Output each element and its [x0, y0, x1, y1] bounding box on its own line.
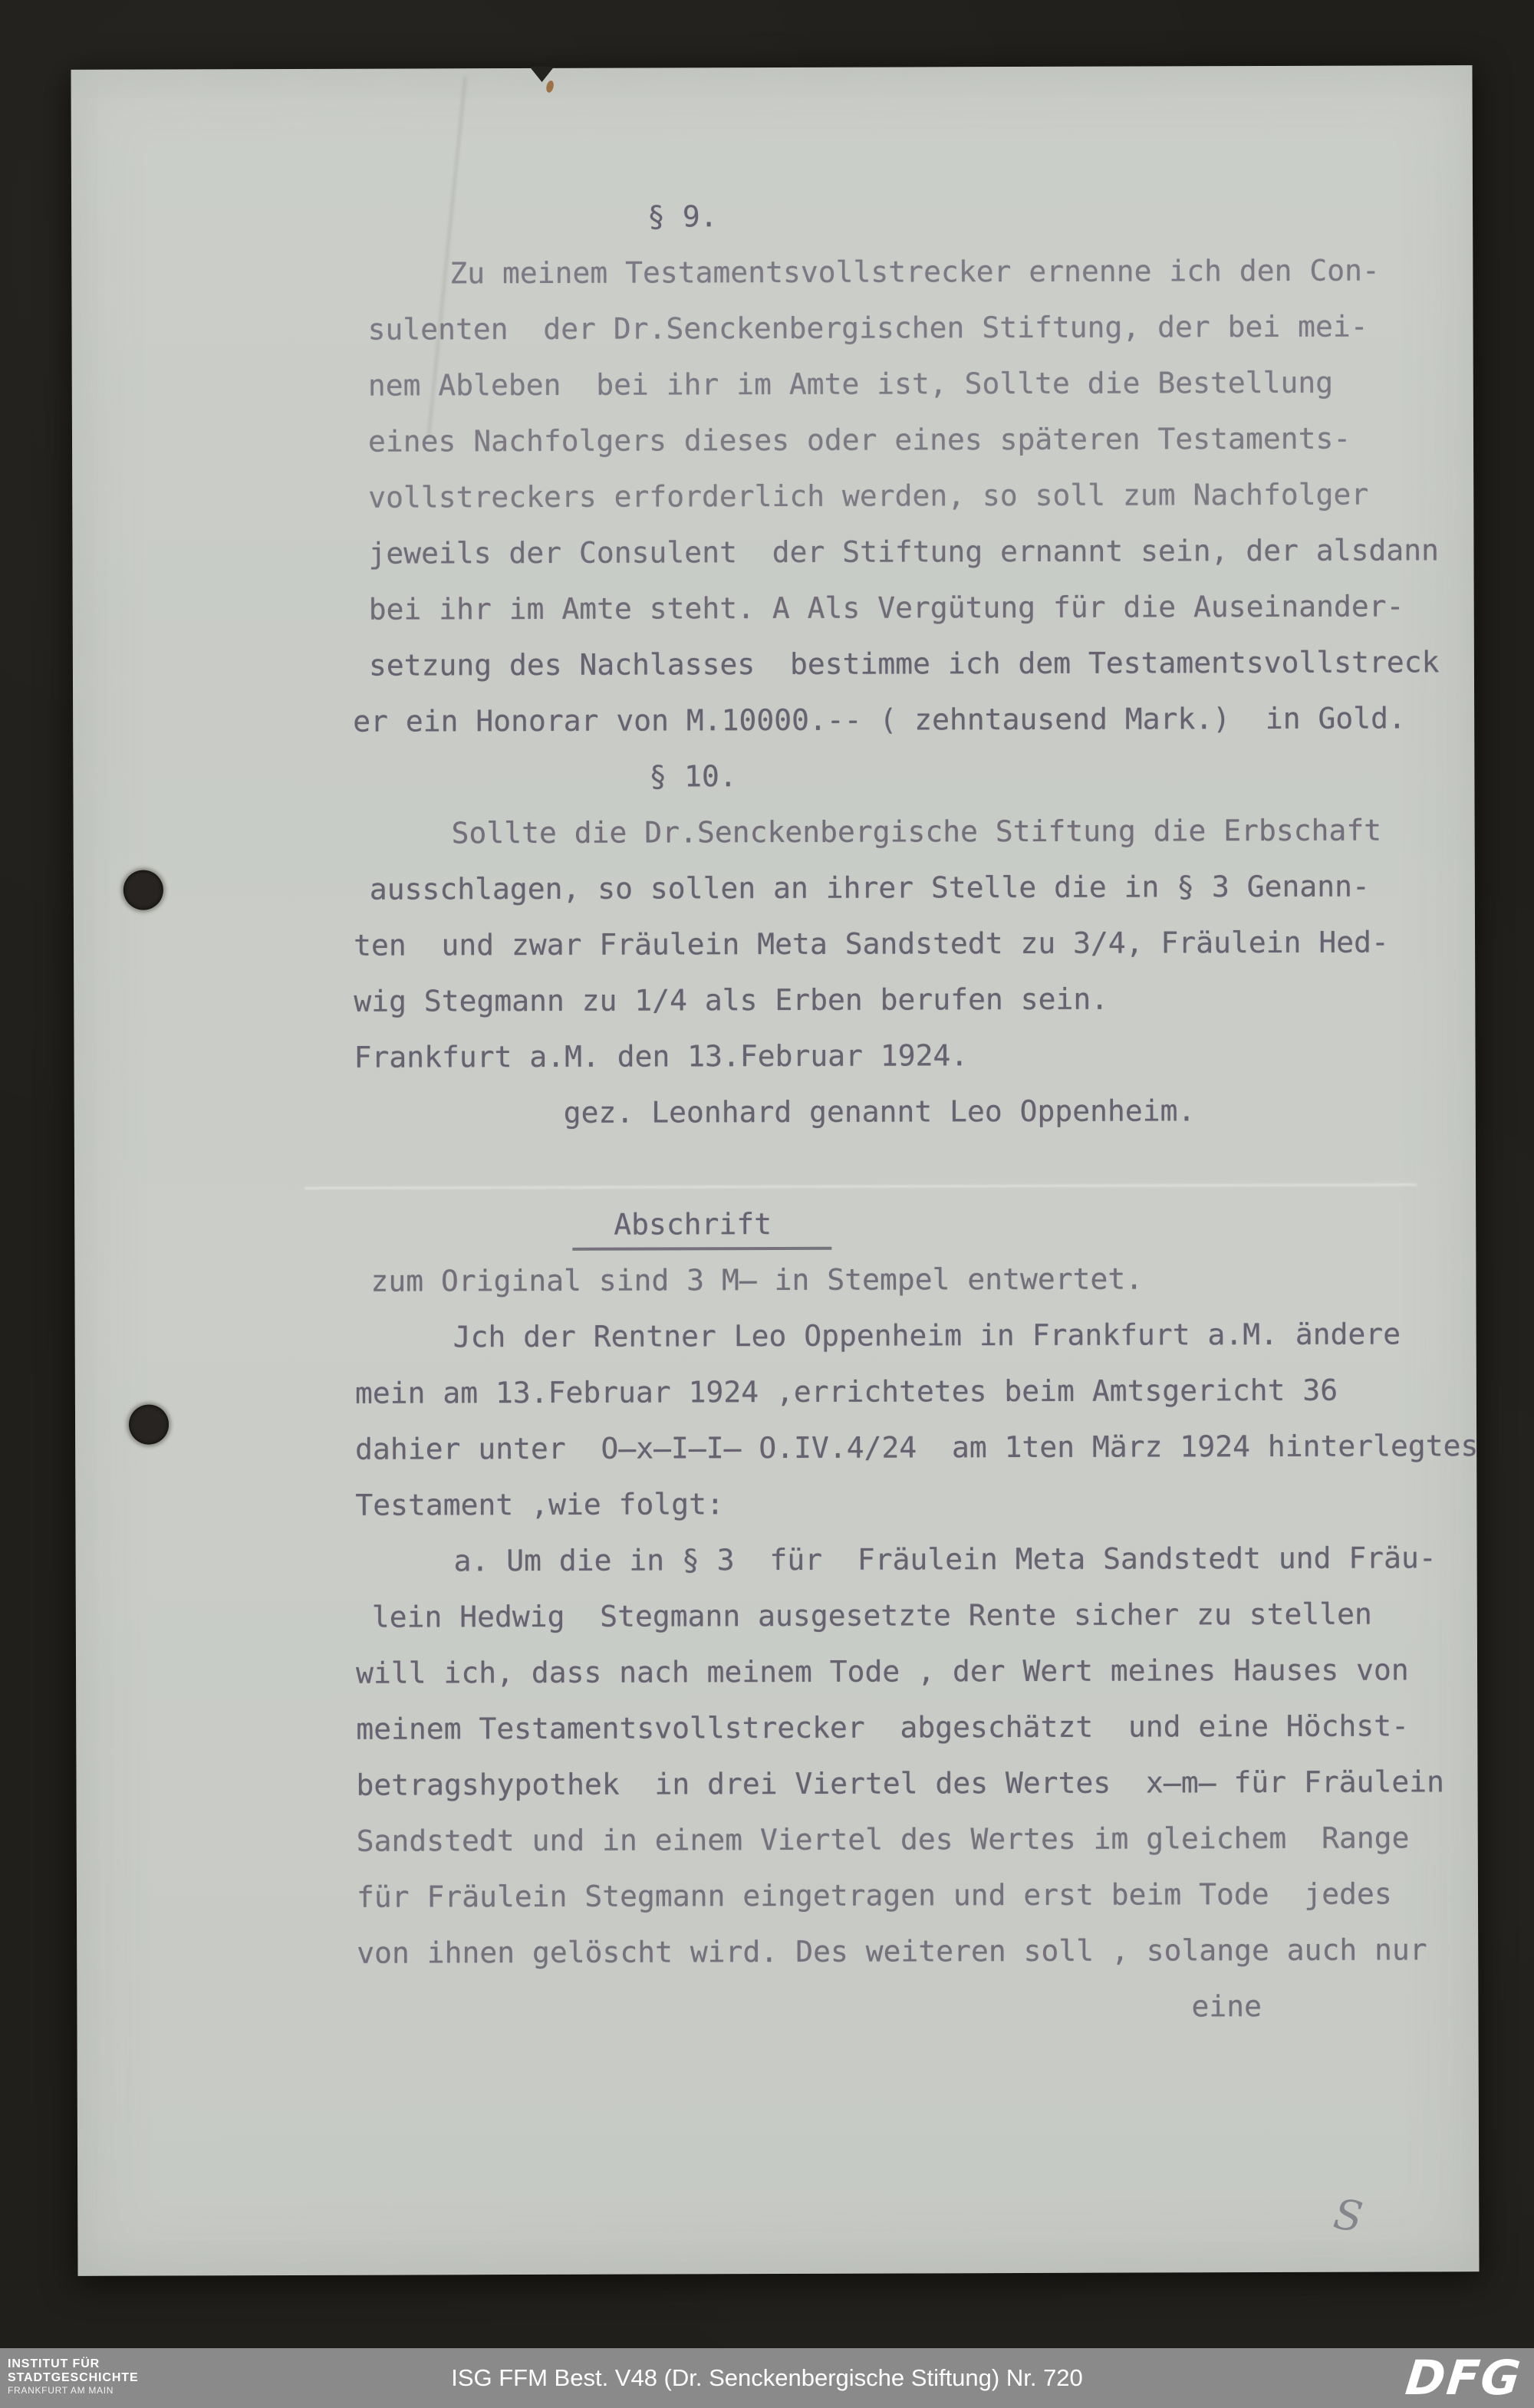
document-line: nem Ableben bei ihr im Amte ist, Sollte … [368, 364, 1333, 404]
document-line-text: Frankfurt a.M. den 13.Februar 1924. [354, 1038, 968, 1074]
document-line-text: mein am 13.Februar 1924 ,errichtetes bei… [355, 1373, 1338, 1410]
document-line: wig Stegmann zu 1/4 als Erben berufen se… [354, 981, 1108, 1020]
document-line: dahier unter O̶x̶I̶I̶ O.IV.4/24 am 1ten … [355, 1427, 1478, 1468]
document-line: ten und zwar Fräulein Meta Sandstedt zu … [354, 923, 1389, 963]
document-line: sulenten der Dr.Senckenbergischen Stiftu… [367, 308, 1368, 348]
document-line-text: Sandstedt und in einem Viertel des Werte… [357, 1821, 1410, 1857]
scan-background: { "colors": { "background": "#211f1b", "… [0, 0, 1534, 2408]
document-line-text: ausschlagen, so sollen an ihrer Stelle d… [370, 870, 1370, 906]
document-page: § 9.Zu meinem Testamentsvollstrecker ern… [71, 65, 1479, 2276]
document-line-text: ten und zwar Fräulein Meta Sandstedt zu … [354, 925, 1389, 962]
document-line: zum Original sind 3 M̶ in Stempel entwer… [370, 1260, 1143, 1299]
text-block: § 9.Zu meinem Testamentsvollstrecker ern… [71, 196, 1479, 2117]
document-line-text: bei ihr im Amte steht. A Als Vergütung f… [369, 589, 1404, 626]
document-line-text: a. Um die in § 3 für Fräulein Meta Sands… [454, 1541, 1437, 1577]
document-line: jeweils der Consulent der Stiftung ernan… [368, 531, 1439, 571]
institute-name-line2: STADTGESCHICHTE [8, 2371, 139, 2385]
document-line: bei ihr im Amte steht. A Als Vergütung f… [369, 587, 1404, 627]
document-line: § 10. [649, 758, 737, 794]
document-line: eines Nachfolgers dieses oder eines spät… [368, 420, 1351, 460]
document-line-text: will ich, dass nach meinem Tode , der We… [356, 1653, 1409, 1689]
institute-logo: INSTITUT FÜR STADTGESCHICHTE FRANKFURT A… [8, 2357, 139, 2396]
document-line: lein Hedwig Stegmann ausgesetzte Rente s… [372, 1596, 1372, 1636]
document-line: Testament ,wie folgt: [355, 1485, 724, 1524]
institute-name-line3: FRANKFURT AM MAIN [8, 2385, 139, 2396]
document-line: Zu meinem Testamentsvollstrecker ernenne… [449, 252, 1380, 292]
document-line-text: § 9. [647, 199, 718, 233]
document-line-text: wig Stegmann zu 1/4 als Erben berufen se… [354, 982, 1108, 1018]
document-line-text: Jch der Rentner Leo Oppenheim in Frankfu… [453, 1317, 1401, 1354]
archive-footer-bar: INSTITUT FÜR STADTGESCHICHTE FRANKFURT A… [0, 2348, 1534, 2408]
document-line-text: meinem Testamentsvollstrecker abgeschätz… [356, 1709, 1409, 1745]
document-line-text: § 10. [649, 759, 737, 793]
archive-reference: ISG FFM Best. V48 (Dr. Senckenbergische … [451, 2364, 1083, 2392]
document-line-text: Sollte die Dr.Senckenbergische Stiftung … [452, 814, 1382, 850]
document-line: a. Um die in § 3 für Fräulein Meta Sands… [454, 1539, 1437, 1579]
document-line-text: Testament ,wie folgt: [355, 1487, 724, 1522]
document-line-text: dahier unter O̶x̶I̶I̶ O.IV.4/24 am 1ten … [355, 1429, 1478, 1466]
document-line-text: von ihnen gelöscht wird. Des weiteren so… [357, 1933, 1427, 1969]
document-line-text: nem Ableben bei ihr im Amte ist, Sollte … [368, 366, 1333, 403]
document-line-text: eines Nachfolgers dieses oder eines spät… [368, 422, 1351, 459]
document-line: Sollte die Dr.Senckenbergische Stiftung … [452, 812, 1382, 852]
dfg-logo: DFG [1403, 2350, 1524, 2406]
document-line-text: vollstreckers erforderlich werden, so so… [368, 478, 1368, 515]
document-line: eine [1191, 1988, 1262, 2025]
pencil-mark: S [1331, 2189, 1366, 2242]
document-line-text: für Fräulein Stegmann eingetragen und er… [357, 1877, 1392, 1913]
document-line-text: eine [1191, 1989, 1262, 2023]
document-line-text: gez. Leonhard genannt Leo Oppenheim. [564, 1094, 1196, 1130]
document-line-text: Zu meinem Testamentsvollstrecker ernenne… [449, 254, 1380, 291]
document-line: er ein Honorar von M.10000.-- ( zehntaus… [353, 699, 1406, 739]
document-line: meinem Testamentsvollstrecker abgeschätz… [356, 1707, 1409, 1747]
document-line: Sandstedt und in einem Viertel des Werte… [357, 1819, 1410, 1859]
document-line-text: betragshypothek in drei Viertel des Wert… [356, 1765, 1444, 1801]
document-line: § 9. [647, 198, 718, 235]
document-line: will ich, dass nach meinem Tode , der We… [356, 1651, 1409, 1691]
document-line: für Fräulein Stegmann eingetragen und er… [357, 1875, 1392, 1915]
document-line: setzung des Nachlasses bestimme ich dem … [369, 643, 1440, 683]
institute-name-line1: INSTITUT FÜR [8, 2357, 139, 2371]
document-line: Abschrift [614, 1206, 831, 1251]
document-line-text: Abschrift [572, 1206, 831, 1251]
document-line: von ihnen gelöscht wird. Des weiteren so… [357, 1931, 1427, 1971]
document-line-text: jeweils der Consulent der Stiftung ernan… [368, 533, 1439, 570]
document-line: Frankfurt a.M. den 13.Februar 1924. [354, 1037, 968, 1076]
document-line-text: sulenten der Dr.Senckenbergischen Stiftu… [367, 310, 1368, 347]
document-line: Jch der Rentner Leo Oppenheim in Frankfu… [453, 1315, 1401, 1355]
document-line-text: zum Original sind 3 M̶ in Stempel entwer… [370, 1262, 1143, 1298]
document-line: mein am 13.Februar 1924 ,errichtetes bei… [355, 1372, 1338, 1412]
document-line-text: setzung des Nachlasses bestimme ich dem … [369, 645, 1440, 682]
document-line: gez. Leonhard genannt Leo Oppenheim. [564, 1092, 1196, 1131]
document-line-text: er ein Honorar von M.10000.-- ( zehntaus… [353, 701, 1406, 738]
document-line-text: lein Hedwig Stegmann ausgesetzte Rente s… [372, 1597, 1372, 1634]
document-line: vollstreckers erforderlich werden, so so… [368, 476, 1368, 516]
document-line: ausschlagen, so sollen an ihrer Stelle d… [370, 868, 1370, 908]
document-line: betragshypothek in drei Viertel des Wert… [356, 1763, 1444, 1803]
